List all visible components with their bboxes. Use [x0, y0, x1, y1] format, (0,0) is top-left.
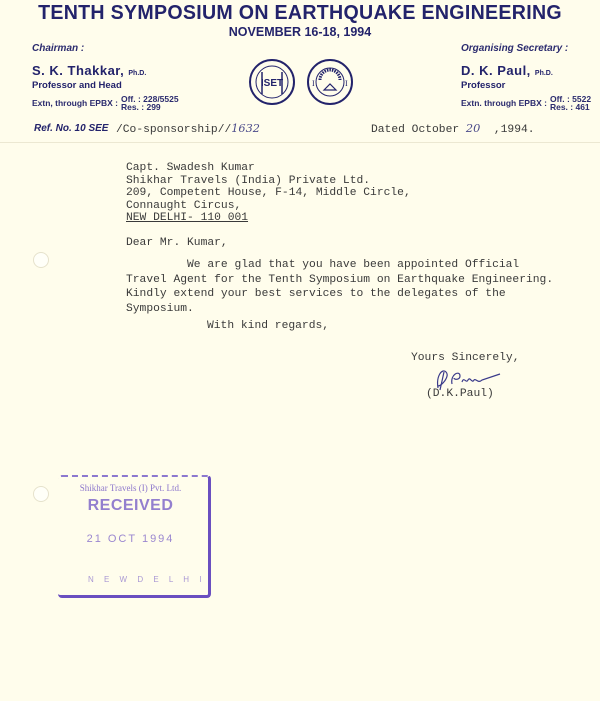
signature-name: (D.K.Paul) — [426, 388, 494, 400]
stamp-label: RECEIVED — [58, 497, 203, 515]
reference-number: /Co-sponsorship//1632 — [116, 122, 260, 136]
date-day-handwritten: 20 — [466, 122, 480, 135]
reference-handwritten: 1632 — [231, 122, 260, 135]
date-prefix: Dated October — [371, 124, 459, 136]
received-stamp: Shikhar Travels (I) Pvt. Ltd. RECEIVED 2… — [58, 475, 211, 598]
chairman-extension: Extn, through EPBX : Off. : 228/5525 Res… — [32, 95, 179, 111]
chairman-residence-phone: Res. : 299 — [121, 103, 179, 111]
symposium-title: TENTH SYMPOSIUM ON EARTHQUAKE ENGINEERIN… — [6, 2, 594, 25]
stamp-company: Shikhar Travels (I) Pvt. Ltd. — [58, 483, 203, 493]
iset-society-emblem-icon: ISET — [248, 58, 296, 106]
secretary-extension: Extn. through EPBX : Off. : 5522 Res. : … — [461, 95, 591, 111]
stamp-date: 21 OCT 1994 — [58, 533, 203, 545]
secretary-name-text: D. K. Paul, — [461, 63, 531, 78]
address-line: Shikhar Travels (India) Private Ltd. — [126, 175, 370, 187]
date-suffix: ,1994. — [494, 124, 535, 136]
body-line: Kindly extend your best services to the … — [126, 288, 506, 300]
svg-text:I: I — [345, 79, 348, 88]
svg-text:I: I — [312, 79, 315, 88]
stamp-footer: N E W D E L H I — [88, 575, 206, 584]
address-line: NEW DELHI- 110 001 — [126, 212, 248, 224]
punch-hole — [33, 252, 49, 268]
chairman-role: Chairman : — [32, 43, 84, 54]
chairman-position: Professor and Head — [32, 80, 122, 91]
secretary-residence-phone: Res. : 461 — [550, 103, 591, 111]
address-line: 209, Competent House, F-14, Middle Circl… — [126, 187, 411, 199]
secretary-degree: Ph.D. — [535, 70, 553, 77]
salutation: Dear Mr. Kumar, — [126, 237, 228, 249]
symposium-dates: NOVEMBER 16-18, 1994 — [0, 25, 600, 39]
body-line: Travel Agent for the Tenth Symposium on … — [126, 274, 553, 286]
body-line: We are glad that you have been appointed… — [126, 259, 519, 271]
letter-page: TENTH SYMPOSIUM ON EARTHQUAKE ENGINEERIN… — [0, 0, 600, 701]
university-emblem-icon: I I — [306, 58, 354, 106]
secretary-name: D. K. Paul, Ph.D. — [461, 63, 553, 78]
chairman-extn-label: Extn, through EPBX : — [32, 98, 118, 108]
reference-label: Ref. No. 10 SEE — [34, 123, 108, 134]
chairman-name: S. K. Thakkar, Ph.D. — [32, 63, 146, 78]
closing: Yours Sincerely, — [411, 352, 519, 364]
secretary-role: Organising Secretary : — [461, 43, 568, 54]
body-line: Symposium. — [126, 303, 194, 315]
secretary-position: Professor — [461, 80, 505, 91]
chairman-name-text: S. K. Thakkar, — [32, 63, 124, 78]
address-line: Capt. Swadesh Kumar — [126, 162, 255, 174]
regards: With kind regards, — [207, 320, 329, 332]
letter-date: Dated October 20 ,1994. — [371, 122, 535, 136]
address-line: Connaught Circus, — [126, 200, 241, 212]
secretary-extn-label: Extn. through EPBX : — [461, 98, 547, 108]
chairman-degree: Ph.D. — [128, 70, 146, 77]
reference-typed: /Co-sponsorship// — [116, 124, 231, 136]
divider — [0, 142, 600, 143]
svg-text:ISET: ISET — [261, 78, 283, 89]
punch-hole — [33, 486, 49, 502]
